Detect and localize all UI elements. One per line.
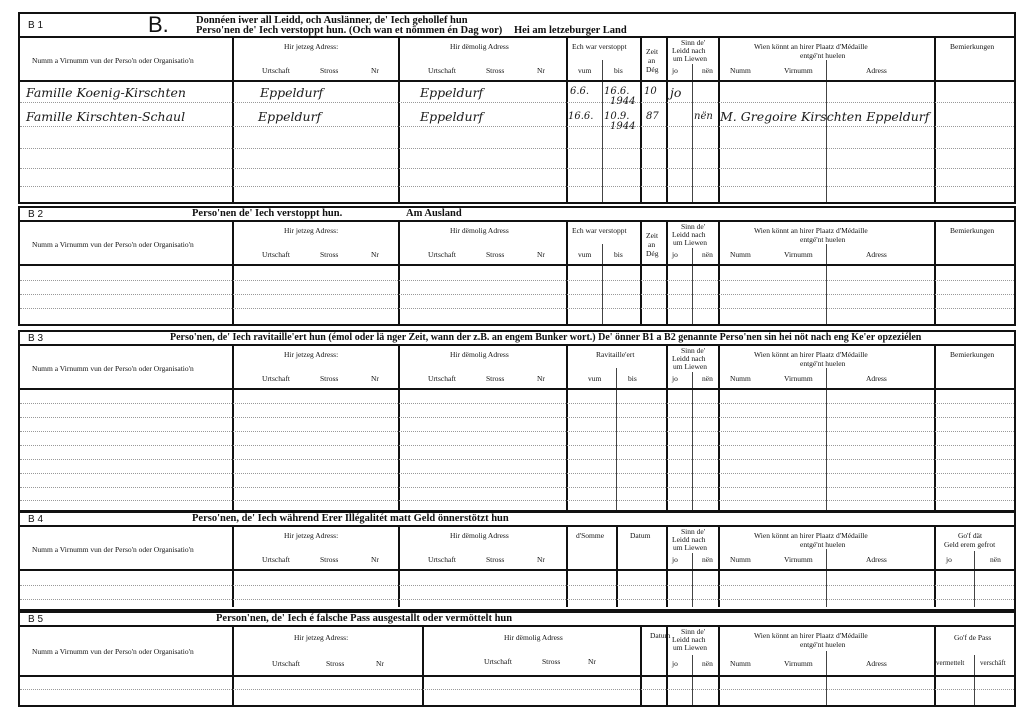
column-header: Numm a Virnumm vun der Perso'n oder Orga… xyxy=(20,346,1014,390)
current-address-label: Hir jetzeg Adress: xyxy=(284,42,338,51)
section-b1: B 1 B. Donnéen iwer all Leidd, och Auslä… xyxy=(18,12,1016,204)
section-b2: B 2 Perso'nen de' Iech verstoppt hun. Am… xyxy=(18,206,1016,326)
days-label: an xyxy=(648,56,655,65)
medal-label: entgé'nt huelen xyxy=(800,640,845,649)
address-label: Adress xyxy=(866,659,887,668)
alive-label: um Liewen xyxy=(673,362,707,371)
yes-label: jo xyxy=(672,555,678,564)
section-b1-title: B 1 B. Donnéen iwer all Leidd, och Auslä… xyxy=(20,14,1014,38)
section-title: Person'nen, de' Iech é falsche Pass ausg… xyxy=(216,613,512,624)
mediated-label: vermettelt xyxy=(936,659,964,668)
name-col-label: Numm a Virnumm vun der Perso'n oder Orga… xyxy=(32,364,194,373)
title-line-2: Perso'nen de' Iech verstoppt hun. (Och w… xyxy=(196,25,502,36)
until-label: bis xyxy=(614,66,623,75)
alive-label: um Liewen xyxy=(673,543,707,552)
until-label: bis xyxy=(614,250,623,259)
former-address-label: Hir dëmolig Adress xyxy=(450,226,509,235)
entry-year: 1944 xyxy=(610,96,635,107)
period-label: Ech war verstoppt xyxy=(572,42,627,51)
former-address-label: Hir dëmolig Adress xyxy=(504,633,563,642)
entry-days: 10 xyxy=(644,86,657,97)
entry-former-locality: Eppeldurf xyxy=(420,85,483,100)
no-label: nën xyxy=(702,250,713,259)
street-label: Stross xyxy=(486,555,504,564)
alive-label: um Liewen xyxy=(673,643,707,652)
name-col-label: Numm a Virnumm vun der Perso'n oder Orga… xyxy=(32,647,194,656)
entry-alive-yes: jo xyxy=(670,85,681,100)
street-label: Stross xyxy=(486,374,504,383)
section-b5-body xyxy=(20,677,1014,705)
from-label: vum xyxy=(578,250,591,259)
sum-label: d'Somme xyxy=(576,531,604,540)
entry-medal-recipient: M. Gregoire Kirschten Eppeldurf xyxy=(720,109,929,124)
column-header: Numm a Virnumm vun der Perso'n oder Orga… xyxy=(20,527,1014,571)
firstname-label: Virnumm xyxy=(784,250,813,259)
section-id: B 2 xyxy=(28,209,43,220)
section-id: B 1 xyxy=(28,20,43,31)
until-label: bis xyxy=(628,374,637,383)
remarks-label: Bemierkungen xyxy=(950,350,994,359)
section-letter: B. xyxy=(148,12,169,38)
medal-label: entgé'nt huelen xyxy=(800,359,845,368)
column-header: Numm a Virnumm vun der Perso'n oder Orga… xyxy=(20,627,1014,677)
street-label: Stross xyxy=(320,66,338,75)
entry-year: 1944 xyxy=(610,121,635,132)
name-col-label: Numm a Virnumm vun der Perso'n oder Orga… xyxy=(32,240,194,249)
address-label: Adress xyxy=(866,555,887,564)
pass-label: Go'f de Pass xyxy=(954,633,991,642)
locality-label: Urtschaft xyxy=(262,555,290,564)
number-label: Nr xyxy=(537,374,545,383)
section-title: Perso'nen de' Iech verstoppt hun. xyxy=(192,208,342,219)
surname-label: Numm xyxy=(730,555,751,564)
locality-label: Urtschaft xyxy=(484,657,512,666)
column-header: Numm a Virnumm vun der Perso'n oder Orga… xyxy=(20,222,1014,266)
number-label: Nr xyxy=(537,555,545,564)
yes-label: jo xyxy=(672,66,678,75)
entry-current-locality: Eppeldurf xyxy=(260,85,323,100)
days-label: Dég xyxy=(646,249,659,258)
locality-label: Urtschaft xyxy=(428,374,456,383)
section-b2-title: B 2 Perso'nen de' Iech verstoppt hun. Am… xyxy=(20,208,1014,222)
number-label: Nr xyxy=(371,250,379,259)
firstname-label: Virnumm xyxy=(784,555,813,564)
section-b3-body xyxy=(20,390,1014,510)
medal-label: Wien könnt an hirer Plaatz d'Médaille xyxy=(754,631,868,640)
surname-label: Numm xyxy=(730,250,751,259)
address-label: Adress xyxy=(866,374,887,383)
repaid-label: Geld erem gefrot xyxy=(944,540,995,549)
number-label: Nr xyxy=(588,657,596,666)
section-id: B 3 xyxy=(28,333,43,344)
entry-name: Famille Koenig-Kirschten xyxy=(26,85,186,100)
street-label: Stross xyxy=(486,66,504,75)
section-b3: B 3 Perso'nen, de' Iech ravitaille'ert h… xyxy=(18,330,1016,512)
days-label: Zeit xyxy=(646,231,658,240)
entry-current-locality: Eppeldurf xyxy=(258,109,321,124)
entry-alive-no: nën xyxy=(694,111,713,122)
street-label: Stross xyxy=(326,659,344,668)
section-title: Perso'nen, de' Iech während Erer Illégal… xyxy=(192,513,509,524)
firstname-label: Virnumm xyxy=(784,66,813,75)
alive-label: um Liewen xyxy=(673,238,707,247)
surname-label: Numm xyxy=(730,659,751,668)
section-b2-body xyxy=(20,266,1014,324)
date-label: Datum xyxy=(630,531,650,540)
no-label: nën xyxy=(702,66,713,75)
days-label: an xyxy=(648,240,655,249)
locality-label: Urtschaft xyxy=(262,250,290,259)
current-address-label: Hir jetzeg Adress: xyxy=(284,531,338,540)
repaid-label: Go'f dät xyxy=(958,531,982,540)
procured-label: verschäft xyxy=(980,659,1006,668)
entry-from: 16.6. xyxy=(568,111,593,122)
locality-label: Urtschaft xyxy=(428,250,456,259)
section-id: B 5 xyxy=(28,614,43,625)
yes-label: jo xyxy=(672,374,678,383)
surname-label: Numm xyxy=(730,374,751,383)
medal-label: entgé'nt huelen xyxy=(800,540,845,549)
entry-from: 6.6. xyxy=(570,86,589,97)
medal-label: Wien könnt an hirer Plaatz d'Médaille xyxy=(754,42,868,51)
section-id: B 4 xyxy=(28,514,43,525)
no-label: nën xyxy=(702,555,713,564)
number-label: Nr xyxy=(371,374,379,383)
medal-label: Wien könnt an hirer Plaatz d'Médaille xyxy=(754,350,868,359)
title-extra: Hei am letzeburger Land xyxy=(514,25,627,36)
yes-label: jo xyxy=(946,555,952,564)
remarks-label: Bemierkungen xyxy=(950,42,994,51)
section-b1-body: Famille Koenig-Kirschten Eppeldurf Eppel… xyxy=(20,82,1014,202)
from-label: vum xyxy=(588,374,601,383)
section-b5: B 5 Person'nen, de' Iech é falsche Pass … xyxy=(18,611,1016,707)
no-label: nën xyxy=(702,374,713,383)
column-header: Numm a Virnumm vun der Perso'n oder Orga… xyxy=(20,38,1014,82)
section-b5-title: B 5 Person'nen, de' Iech é falsche Pass … xyxy=(20,613,1014,627)
name-col-label: Numm a Virnumm vun der Perso'n oder Orga… xyxy=(32,56,194,65)
medal-label: Wien könnt an hirer Plaatz d'Médaille xyxy=(754,531,868,540)
remarks-label: Bemierkungen xyxy=(950,226,994,235)
number-label: Nr xyxy=(371,66,379,75)
locality-label: Urtschaft xyxy=(262,66,290,75)
alive-label: um Liewen xyxy=(673,54,707,63)
number-label: Nr xyxy=(371,555,379,564)
days-label: Zeit xyxy=(646,47,658,56)
days-label: Dég xyxy=(646,65,659,74)
number-label: Nr xyxy=(376,659,384,668)
section-title: Perso'nen, de' Iech ravitaille'ert hun (… xyxy=(170,332,921,343)
period-label: Ech war verstoppt xyxy=(572,226,627,235)
entry-days: 87 xyxy=(646,111,659,122)
medal-label: entgé'nt huelen xyxy=(800,235,845,244)
yes-label: jo xyxy=(672,659,678,668)
section-b4-title: B 4 Perso'nen, de' Iech während Erer Ill… xyxy=(20,513,1014,527)
firstname-label: Virnumm xyxy=(784,374,813,383)
no-label: nën xyxy=(990,555,1001,564)
from-label: vum xyxy=(578,66,591,75)
section-b3-title: B 3 Perso'nen, de' Iech ravitaille'ert h… xyxy=(20,332,1014,346)
current-address-label: Hir jetzeg Adress: xyxy=(294,633,348,642)
number-label: Nr xyxy=(537,66,545,75)
number-label: Nr xyxy=(537,250,545,259)
section-b4: B 4 Perso'nen, de' Iech während Erer Ill… xyxy=(18,511,1016,611)
entry-name: Famille Kirschten-Schaul xyxy=(26,109,185,124)
locality-label: Urtschaft xyxy=(428,555,456,564)
medal-label: entgé'nt huelen xyxy=(800,51,845,60)
period-label: Ravitaille'ert xyxy=(596,350,634,359)
street-label: Stross xyxy=(486,250,504,259)
locality-label: Urtschaft xyxy=(272,659,300,668)
section-b4-body xyxy=(20,571,1014,607)
firstname-label: Virnumm xyxy=(784,659,813,668)
surname-label: Numm xyxy=(730,66,751,75)
current-address-label: Hir jetzeg Adress: xyxy=(284,350,338,359)
street-label: Stross xyxy=(320,374,338,383)
street-label: Stross xyxy=(320,250,338,259)
address-label: Adress xyxy=(866,66,887,75)
name-col-label: Numm a Virnumm vun der Perso'n oder Orga… xyxy=(32,545,194,554)
current-address-label: Hir jetzeg Adress: xyxy=(284,226,338,235)
title-extra: Am Ausland xyxy=(406,208,462,219)
former-address-label: Hir dëmolig Adress xyxy=(450,42,509,51)
former-address-label: Hir dëmolig Adress xyxy=(450,531,509,540)
former-address-label: Hir dëmolig Adress xyxy=(450,350,509,359)
yes-label: jo xyxy=(672,250,678,259)
medal-label: Wien könnt an hirer Plaatz d'Médaille xyxy=(754,226,868,235)
street-label: Stross xyxy=(320,555,338,564)
no-label: nën xyxy=(702,659,713,668)
address-label: Adress xyxy=(866,250,887,259)
street-label: Stross xyxy=(542,657,560,666)
entry-former-locality: Eppeldurf xyxy=(420,109,483,124)
locality-label: Urtschaft xyxy=(262,374,290,383)
locality-label: Urtschaft xyxy=(428,66,456,75)
